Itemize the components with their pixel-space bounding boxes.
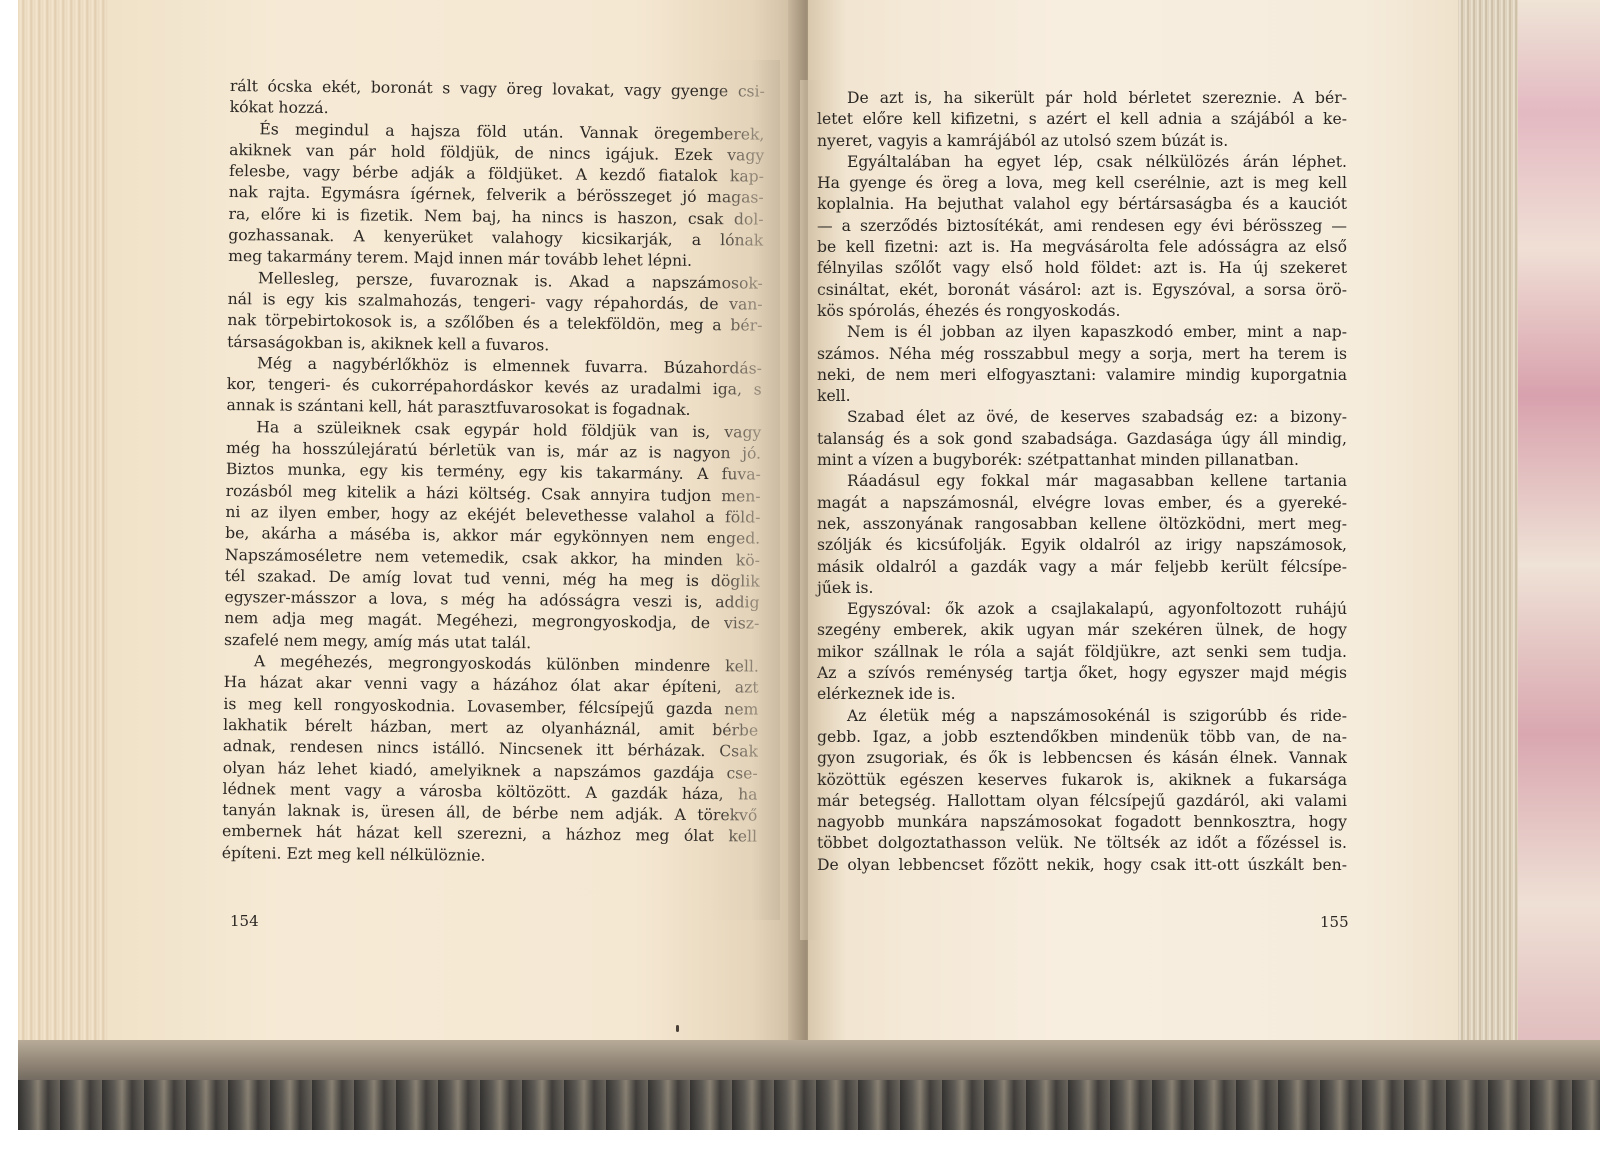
text-line: koplalnia. Ha bejuthat valahol egy bértá… xyxy=(817,194,1347,215)
right-page-text: De azt is, ha sikerült pár hold bérletet… xyxy=(817,88,1347,876)
left-page-edges xyxy=(18,0,108,1060)
text-line: másik oldalról a gazdák vagy a már felje… xyxy=(817,557,1347,578)
text-line: félnyilas szőlőt vagy első hold földet: … xyxy=(817,258,1347,279)
text-line: Ráadásul egy fokkal már magasabban kelle… xyxy=(817,471,1347,492)
page-number-right: 155 xyxy=(1320,913,1349,931)
left-page-text: rált ócska ekét, boronát s vagy öreg lov… xyxy=(222,76,765,870)
text-line: Egyszóval: ők azok a csajlakalapú, agyon… xyxy=(817,599,1347,620)
paper-speck xyxy=(676,1025,679,1032)
text-line: csináltat, ekét, boronát vásárol: azt is… xyxy=(817,280,1347,301)
text-line: mint a vízen a bugyborék: szétpattanhat … xyxy=(817,450,1347,471)
bottom-shelf-books xyxy=(18,1080,1600,1130)
text-line: De olyan lebbencset főzött nekik, hogy c… xyxy=(817,855,1347,876)
text-line: jűek is. xyxy=(817,578,1347,599)
text-line: — a szerződés biztosítékát, ami rendesen… xyxy=(817,216,1347,237)
text-line: Ha gyenge és öreg a lova, meg kell cseré… xyxy=(817,173,1347,194)
text-line: talanság és a sok gond szabadsága. Gazda… xyxy=(817,429,1347,450)
text-line: Az életük még a napszámosokénál is szigo… xyxy=(817,706,1347,727)
text-line: Szabad élet az övé, de keserves szabadsá… xyxy=(817,407,1347,428)
text-line: magát a napszámosnál, elvégre lovas embe… xyxy=(817,493,1347,514)
text-line: elérkeznek ide is. xyxy=(817,684,1347,705)
text-line: Az a szívós reménység tartja őket, hogy … xyxy=(817,663,1347,684)
text-line: mikor szállnak le róla a saját földjükre… xyxy=(817,642,1347,663)
text-line: nagyobb munkára napszámosokat fogadott b… xyxy=(817,812,1347,833)
text-line: gyon zsugoriak, és ők is lebbencsen és k… xyxy=(817,748,1347,769)
text-line: neki, de nem meri elfogyasztani: valamir… xyxy=(817,365,1347,386)
text-line: nyeret, vagyis a kamrájából az utolsó sz… xyxy=(817,131,1347,152)
text-line: gebb. Igaz, a jobb esztendőkben mindenük… xyxy=(817,727,1347,748)
text-line: be kell fizetni: azt is. Ha megvásárolta… xyxy=(817,237,1347,258)
background-cloth xyxy=(1518,0,1600,1130)
text-line: közöttük egészen keserves fukarok is, ak… xyxy=(817,770,1347,791)
text-line: De azt is, ha sikerült pár hold bérletet… xyxy=(817,88,1347,109)
text-line: már betegség. Hallottam olyan félcsípejű… xyxy=(817,791,1347,812)
text-line: Nem is él jobban az ilyen kapaszkodó emb… xyxy=(817,322,1347,343)
text-line: nek, asszonyának rangosabban kellene ölt… xyxy=(817,514,1347,535)
text-line: Egyáltalában ha egyet lép, csak nélkülöz… xyxy=(817,152,1347,173)
text-line: kös spórolás, éhezés és rongyoskodás. xyxy=(817,301,1347,322)
text-line: számos. Néha még rosszabbul megy a sorja… xyxy=(817,344,1347,365)
text-line: többet dolgoztathasson velük. Ne töltsék… xyxy=(817,833,1347,854)
text-line: szegény emberek, akik ugyan már szekéren… xyxy=(817,620,1347,641)
text-line: letet előre kell kifizetni, s azért el k… xyxy=(817,109,1347,130)
text-line: kell. xyxy=(817,386,1347,407)
text-line: szólják és kicsúfolják. Egyik oldalról a… xyxy=(817,535,1347,556)
page-number-left: 154 xyxy=(230,912,259,930)
